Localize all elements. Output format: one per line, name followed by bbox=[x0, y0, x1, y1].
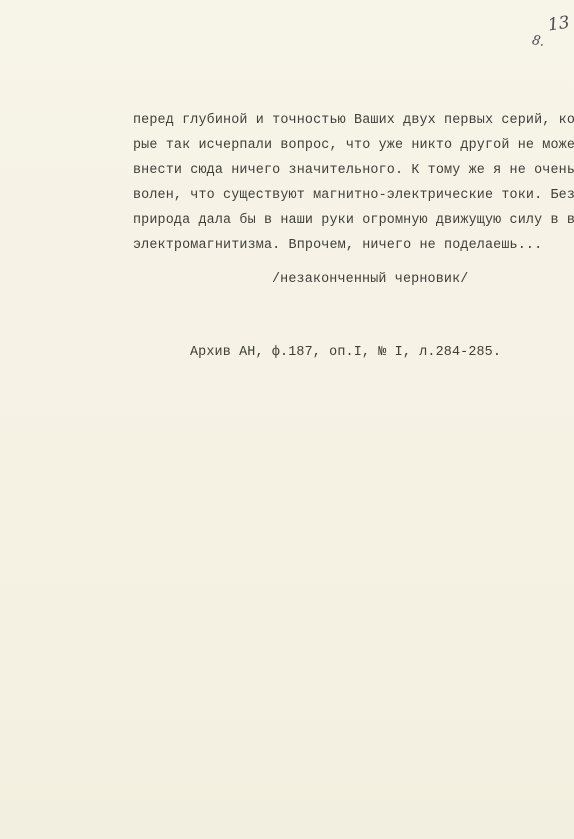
body-line: природа дала бы в наши руки огромную дви… bbox=[133, 213, 574, 228]
document-page: 13 8. перед глубиной и точностью Ваших д… bbox=[0, 0, 574, 839]
body-line: волен, что существуют магнитно-электриче… bbox=[133, 188, 574, 203]
archive-reference: Архив АН, ф.187, оп.I, № I, л.284-285. bbox=[190, 345, 501, 360]
handwritten-sheet-number: 8. bbox=[531, 33, 546, 50]
body-line: внести сюда ничего значительного. К тому… bbox=[133, 163, 574, 178]
body-line: электромагнитизма. Впрочем, ничего не по… bbox=[133, 238, 542, 253]
body-line: рые так исчерпали вопрос, что уже никто … bbox=[133, 138, 574, 153]
body-line: перед глубиной и точностью Ваших двух пе… bbox=[133, 113, 574, 128]
handwritten-page-number: 13 bbox=[547, 13, 571, 36]
draft-note: /незаконченный черновик/ bbox=[272, 272, 468, 287]
